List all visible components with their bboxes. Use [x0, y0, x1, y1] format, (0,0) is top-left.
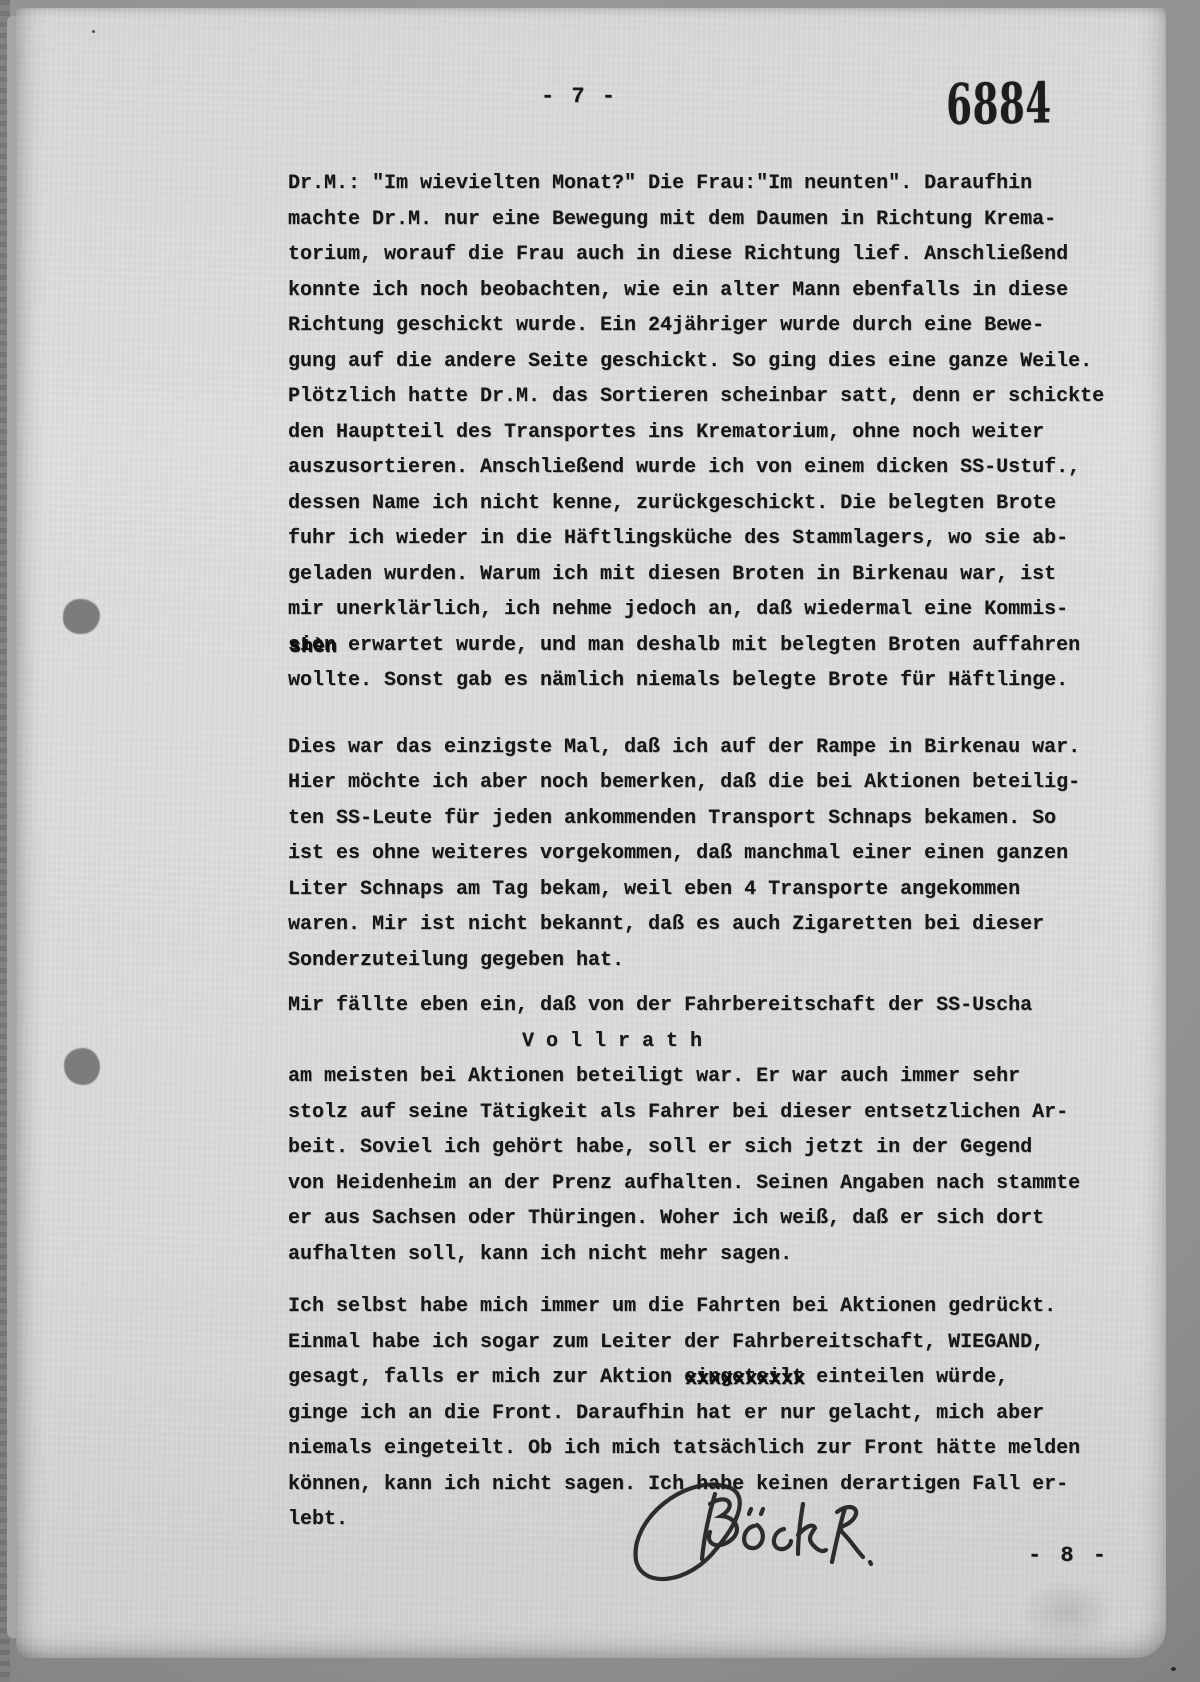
text-line: machte Dr.M. nur eine Bewegung mit dem D… — [288, 202, 1128, 238]
text-line: Liter Schnaps am Tag bekam, weil eben 4 … — [288, 872, 1128, 908]
text-line: Dr.M.: "Im wievielten Monat?" Die Frau:"… — [288, 166, 1128, 202]
text-segment: fuhr ich wieder in die Häftlingsküche de… — [288, 527, 1068, 550]
text-segment: Ich selbst habe mich immer um die Fahrte… — [288, 1295, 1056, 1318]
page-number-footer: - 8 - — [1028, 1543, 1109, 1568]
signature-letter-k — [798, 1504, 826, 1554]
paragraph: Mir fällte eben ein, daß von der Fahrber… — [288, 988, 1128, 1272]
text-line: Richtung geschickt wurde. Ein 24jähriger… — [288, 308, 1128, 344]
text-segment: lebt. — [288, 1508, 348, 1531]
text-segment: auszusortieren. Anschließend wurde ich v… — [288, 456, 1080, 479]
signature-drawing — [596, 1462, 886, 1612]
text-segment: konnte ich noch beobachten, wie ein alte… — [288, 279, 1068, 302]
text-line: waren. Mir ist nicht bekannt, daß es auc… — [288, 907, 1128, 943]
text-line: Mir fällte eben ein, daß von der Fahrber… — [288, 988, 1128, 1024]
text-segment: ginge ich an die Front. Daraufhin hat er… — [288, 1402, 1044, 1425]
text-line: Dies war das einzigste Mal, daß ich auf … — [288, 730, 1128, 766]
overtyped-text: eingeteiltxxxxxxxxxx — [684, 1360, 804, 1396]
text-line: gesagt, falls er mich zur Aktion eingete… — [288, 1360, 1128, 1396]
text-line: aufhalten soll, kann ich nicht mehr sage… — [288, 1237, 1128, 1273]
text-line: ist es ohne weiteres vorgekommen, daß ma… — [288, 836, 1128, 872]
text-segment: er aus Sachsen oder Thüringen. Woher ich… — [288, 1207, 1044, 1230]
text-segment: Liter Schnaps am Tag bekam, weil eben 4 … — [288, 878, 1020, 901]
paragraph: Dies war das einzigste Mal, daß ich auf … — [288, 730, 1128, 979]
text-line: wollte. Sonst gab es nämlich niemals bel… — [288, 663, 1128, 699]
text-segment: gung auf die andere Seite geschickt. So … — [288, 350, 1092, 373]
text-segment: geladen wurden. Warum ich mit diesen Bro… — [288, 563, 1056, 586]
text-segment: beit. Soviel ich gehört habe, soll er si… — [288, 1136, 1032, 1159]
text-line: er aus Sachsen oder Thüringen. Woher ich… — [288, 1201, 1128, 1237]
text-segment: wollte. Sonst gab es nämlich niemals bel… — [288, 669, 1068, 692]
text-segment: niemals eingeteilt. Ob ich mich tatsächl… — [288, 1437, 1080, 1460]
text-line: von Heidenheim an der Prenz aufhalten. S… — [288, 1166, 1128, 1202]
text-line: ginge ich an die Front. Daraufhin hat er… — [288, 1396, 1128, 1432]
text-segment: machte Dr.M. nur eine Bewegung mit dem D… — [288, 208, 1056, 231]
text-segment: Dies war das einzigste Mal, daß ich auf … — [288, 736, 1080, 759]
text-line: gung auf die andere Seite geschickt. So … — [288, 344, 1128, 380]
signature-umlaut — [749, 1509, 763, 1514]
signature-letter-c — [774, 1529, 791, 1549]
text-segment: einteilen würde, — [804, 1366, 1008, 1389]
text-line: beit. Soviel ich gehört habe, soll er si… — [288, 1130, 1128, 1166]
hole-punch-mark — [63, 599, 100, 634]
text-segment: gesagt, falls er mich zur Aktion — [288, 1366, 684, 1389]
hole-punch-mark — [64, 1048, 100, 1085]
paragraph: Dr.M.: "Im wievielten Monat?" Die Frau:"… — [288, 166, 1128, 699]
text-line: sionshèn erwartet wurde, und man deshalb… — [288, 628, 1128, 664]
text-segment: den Hauptteil des Transportes ins Kremat… — [288, 421, 1044, 444]
text-segment: waren. Mir ist nicht bekannt, daß es auc… — [288, 913, 1044, 936]
text-segment: erwartet wurde, und man deshalb mit bele… — [336, 634, 1080, 657]
paper-speck — [1171, 1667, 1176, 1671]
text-line: mir unerklärlich, ich nehme jedoch an, d… — [288, 592, 1128, 628]
text-line: geladen wurden. Warum ich mit diesen Bro… — [288, 557, 1128, 593]
text-line: Sonderzuteilung gegeben hat. — [288, 943, 1128, 979]
page-number-header: - 7 - — [541, 84, 617, 109]
text-line: V o l l r a t h — [288, 1024, 936, 1060]
text-segment: torium, worauf die Frau auch in diese Ri… — [288, 243, 1068, 266]
text-segment: ten SS-Leute für jeden ankommenden Trans… — [288, 807, 1056, 830]
signature — [596, 1462, 886, 1612]
text-segment: Dr.M.: "Im wievielten Monat?" Die Frau:"… — [288, 172, 1032, 195]
text-line: torium, worauf die Frau auch in diese Ri… — [288, 237, 1128, 273]
text-segment: am meisten bei Aktionen beteiligt war. E… — [288, 1065, 1020, 1088]
text-line: fuhr ich wieder in die Häftlingsküche de… — [288, 521, 1128, 557]
text-line: den Hauptteil des Transportes ins Kremat… — [288, 415, 1128, 451]
text-line: stolz auf seine Tätigkeit als Fahrer bei… — [288, 1095, 1128, 1131]
text-line: Hier möchte ich aber noch bemerken, daß … — [288, 765, 1128, 801]
text-line: auszusortieren. Anschließend wurde ich v… — [288, 450, 1128, 486]
text-segment: ist es ohne weiteres vorgekommen, daß ma… — [288, 842, 1068, 865]
scanned-document: - 7 - 6884 Dr.M.: "Im wievielten Monat?"… — [0, 0, 1200, 1682]
signature-letter-o — [744, 1525, 763, 1548]
text-segment: dessen Name ich nicht kenne, zurückgesch… — [288, 492, 1056, 515]
stamp-number: 6884 — [946, 70, 1052, 138]
overtype-strike: xxxxxxxxxx — [685, 1362, 805, 1398]
text-segment: V o l l r a t h — [522, 1030, 702, 1053]
signature-letter-r — [832, 1507, 863, 1562]
text-line: Einmal habe ich sogar zum Leiter der Fah… — [288, 1325, 1128, 1361]
text-segment: Richtung geschickt wurde. Ein 24jähriger… — [288, 314, 1044, 337]
overtyped-text: sionshèn — [288, 628, 336, 664]
overtype-strike: shèn — [289, 630, 337, 666]
text-line: ten SS-Leute für jeden ankommenden Trans… — [288, 801, 1128, 837]
paper-speck — [92, 30, 95, 33]
text-line: konnte ich noch beobachten, wie ein alte… — [288, 273, 1128, 309]
text-segment: stolz auf seine Tätigkeit als Fahrer bei… — [288, 1101, 1068, 1124]
text-line: Ich selbst habe mich immer um die Fahrte… — [288, 1289, 1128, 1325]
text-segment: aufhalten soll, kann ich nicht mehr sage… — [288, 1243, 792, 1266]
paper-smudge — [1002, 1566, 1134, 1658]
text-segment: mir unerklärlich, ich nehme jedoch an, d… — [288, 598, 1068, 621]
text-line: Plötzlich hatte Dr.M. das Sortieren sche… — [288, 379, 1128, 415]
text-segment: Sonderzuteilung gegeben hat. — [288, 949, 624, 972]
text-line: am meisten bei Aktionen beteiligt war. E… — [288, 1059, 1128, 1095]
text-segment: Hier möchte ich aber noch bemerken, daß … — [288, 771, 1080, 794]
signature-dot — [870, 1562, 871, 1564]
text-line: dessen Name ich nicht kenne, zurückgesch… — [288, 486, 1128, 522]
typewritten-text: Dr.M.: "Im wievielten Monat?" Die Frau:"… — [288, 166, 1128, 1555]
text-segment: Mir fällte eben ein, daß von der Fahrber… — [288, 994, 1032, 1017]
text-segment: von Heidenheim an der Prenz aufhalten. S… — [288, 1172, 1080, 1195]
text-segment: Plötzlich hatte Dr.M. das Sortieren sche… — [288, 385, 1104, 408]
text-segment: Einmal habe ich sogar zum Leiter der Fah… — [288, 1331, 1044, 1354]
